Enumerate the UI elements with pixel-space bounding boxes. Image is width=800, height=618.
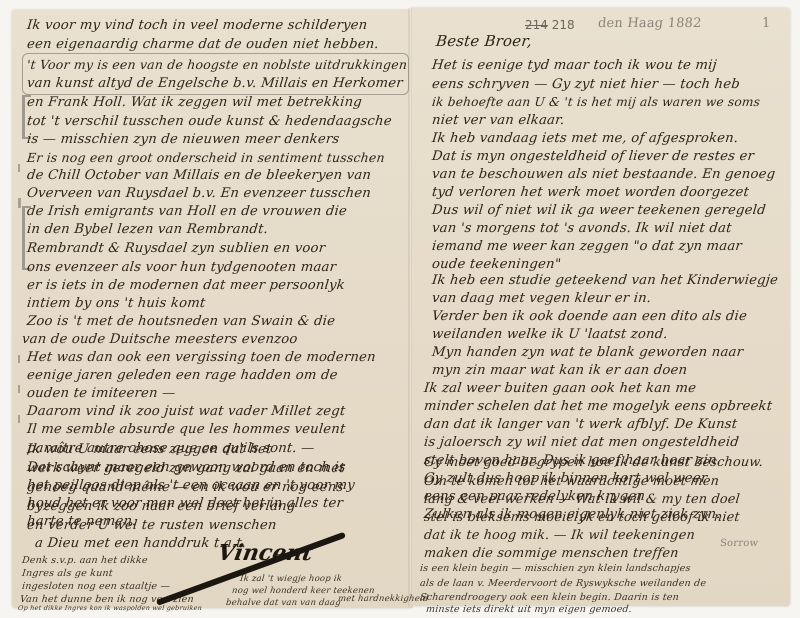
letter-line: ouden te imiteeren — [26,386,176,401]
letter-line: ik behoefte aan U & 't is het mij als wa… [431,95,761,109]
letter-line: is een klein begin — misschien zyn klein… [419,563,691,574]
letter-line: oude teekeningen" [431,257,562,272]
letter-line: Scharendroogery ook een klein begin. Daa… [419,592,679,603]
page-fold [408,8,412,608]
letter-line: myn zin maar wat kan ik er aan doen [431,363,688,378]
letter-line: van de oude Duitsche meesters evenzoo [21,332,298,347]
letter-line: Ik heb vandaag iets met me, of afgesprok… [431,131,739,146]
letter-line: minste iets direkt uit myn eigen gemoed. [425,604,632,615]
letter-line: in den Bybel lezen van Rembrandt. [26,222,269,237]
letter-line: als de laan v. Meerdervoort de Ryswyksch… [419,578,706,589]
letter-line: van te beschouwen als niet bestaande. En… [431,167,776,182]
letter-line: Ik heb een studie geteekend van het Kind… [431,273,779,288]
letter-line: Zoo is 't met de houtsneden van Swain & … [26,314,336,329]
letter-line: de Irish emigrants van Holl en de vrouwe… [26,204,348,219]
bottom-note-line: behalve dat van van daag [225,598,341,608]
letter-line: Verder ben ik ook doende aan een dito al… [431,309,748,324]
letter-line: en Frank Holl. Wat ik zeggen wil met bet… [26,95,363,110]
letter-line: is jaloersch zy wil niet dat men ongeste… [423,435,739,450]
bottom-note-line: met hardnekkigheid [337,594,429,604]
pencil-tick [18,355,20,363]
letter-line: Ik zal weer buiten gaan ook het kan me [423,381,697,396]
letter-line: en verder U wel te rusten wenschen [26,518,277,533]
letter-line: maken die sommige menschen treffen [423,546,679,561]
letter-line: Dat is myn ongesteldheid of liever de re… [431,149,755,164]
letter-line: tyd verloren het werk moet worden doorge… [431,185,750,200]
bottom-note-line: Ik zal 't wiegje hoop ik [239,574,342,584]
archive-number-struck: 214 218 [525,18,575,32]
letter-line: Het was dan ook een vergissing toen de m… [26,350,376,365]
letter-line: eens schryven — Gy zyt niet hier — toch … [431,77,740,92]
letter-line: lang & veel werken — Wat ik wil & my ten… [423,492,740,507]
postscript-line: Denk s.v.p. aan het dikke [21,555,148,566]
letter-line: van 's morgens tot 's avonds. Ik wil nie… [431,221,732,236]
letter-line: er is iets in de modernen dat meer perso… [26,278,345,293]
letter-line: genoeg quand même — en ik wou er nog een… [26,480,344,495]
letter-line: Het is eenige tyd maar toch ik wou te mi… [431,58,717,73]
letter-line: Il me semble absurde que les hommes veul… [26,422,346,437]
pencil-tick [18,385,20,393]
pencil-tick [18,164,20,172]
letter-line: ons evenzeer als voor hun tydgenooten ma… [26,260,337,275]
place-date: den Haag 1882 [597,16,702,31]
letter-line: byzeggen ik zoo naar een brief verlang [26,499,296,514]
letter-line: minder schelen dat het me mogelyk eens o… [423,399,773,414]
letter-line: werk weer geregeld zyn gang zal gaan en … [26,461,345,476]
letter-line: dat ik te hoog mik. — Ik wil teekeningen [423,528,695,543]
postscript-line: ingesloten nog een staaltje — [21,581,170,592]
letter-line: Ik wou U maar eens zeggen dat het [26,442,272,457]
letter-line: Er is nog een groot onderscheid in senti… [26,150,385,165]
pencil-tick [18,415,20,423]
letter-line: weilanden welke ik U 'laatst zond. [431,327,668,342]
pencil-tick [18,198,21,208]
letter-line: eenige jaren geleden een rage hadden om … [26,368,338,383]
letter-line: niet ver van elkaar. [431,113,565,128]
letter-line: stel is bleksems moeielyk en toch geloof… [423,510,740,525]
letter-line: van daag met vegen kleur er in. [431,291,652,306]
letter-line: Overveen van Ruysdael b.v. En evenzeer t… [26,186,372,201]
letter-line: Gy moet goed begrypen hoe ik de kunst be… [423,455,764,470]
letter-line: Om te komen tot het waarachtige moet men [423,474,720,489]
margin-note-sorrow: Sorrow [719,538,758,549]
pencil-page-number: 1 [762,16,770,31]
letter-line: Myn handen zyn wat te blank geworden naa… [431,345,744,360]
salutation: Beste Broer, [435,32,533,50]
postscript-small-line: Op het dikke Ingres kon ik waspolden wel… [18,604,203,612]
letter-line: dan dat ik langer van 't werk afblyf. De… [423,417,738,432]
letter-line: een eigenaardig charme dat de ouden niet… [26,37,379,52]
letter-line: Rembrandt & Ruysdael zyn sublien en voor [26,241,326,256]
letter-line: Daarom vind ik zoo juist wat vader Mille… [26,404,346,419]
letter-line: tot 't verschil tusschen oude kunst & he… [26,114,392,129]
letter-line: de Chill October van Millais en de bleek… [26,168,372,183]
letter-line: van kunst altyd de Engelsche b.v. Millai… [26,76,403,91]
letter-line: iemand me weer kan zeggen "o dat zyn maa… [431,239,742,254]
letter-line: is — misschien zyn de nieuwen meer denke… [26,132,340,147]
letter-line: Dus wil of niet wil ik ga weer teekenen … [431,203,766,218]
letter-line: 't Voor my is een van de hoogste en nobl… [26,57,408,72]
letter-line: Ik voor my vind toch in veel moderne sch… [26,18,368,33]
postscript-line: Ingres als ge kunt [21,568,113,579]
letter-line: intiem by ons 't huis komt [26,296,206,311]
letter-closing: a Dieu met een handdruk t.a.t. [34,536,247,551]
